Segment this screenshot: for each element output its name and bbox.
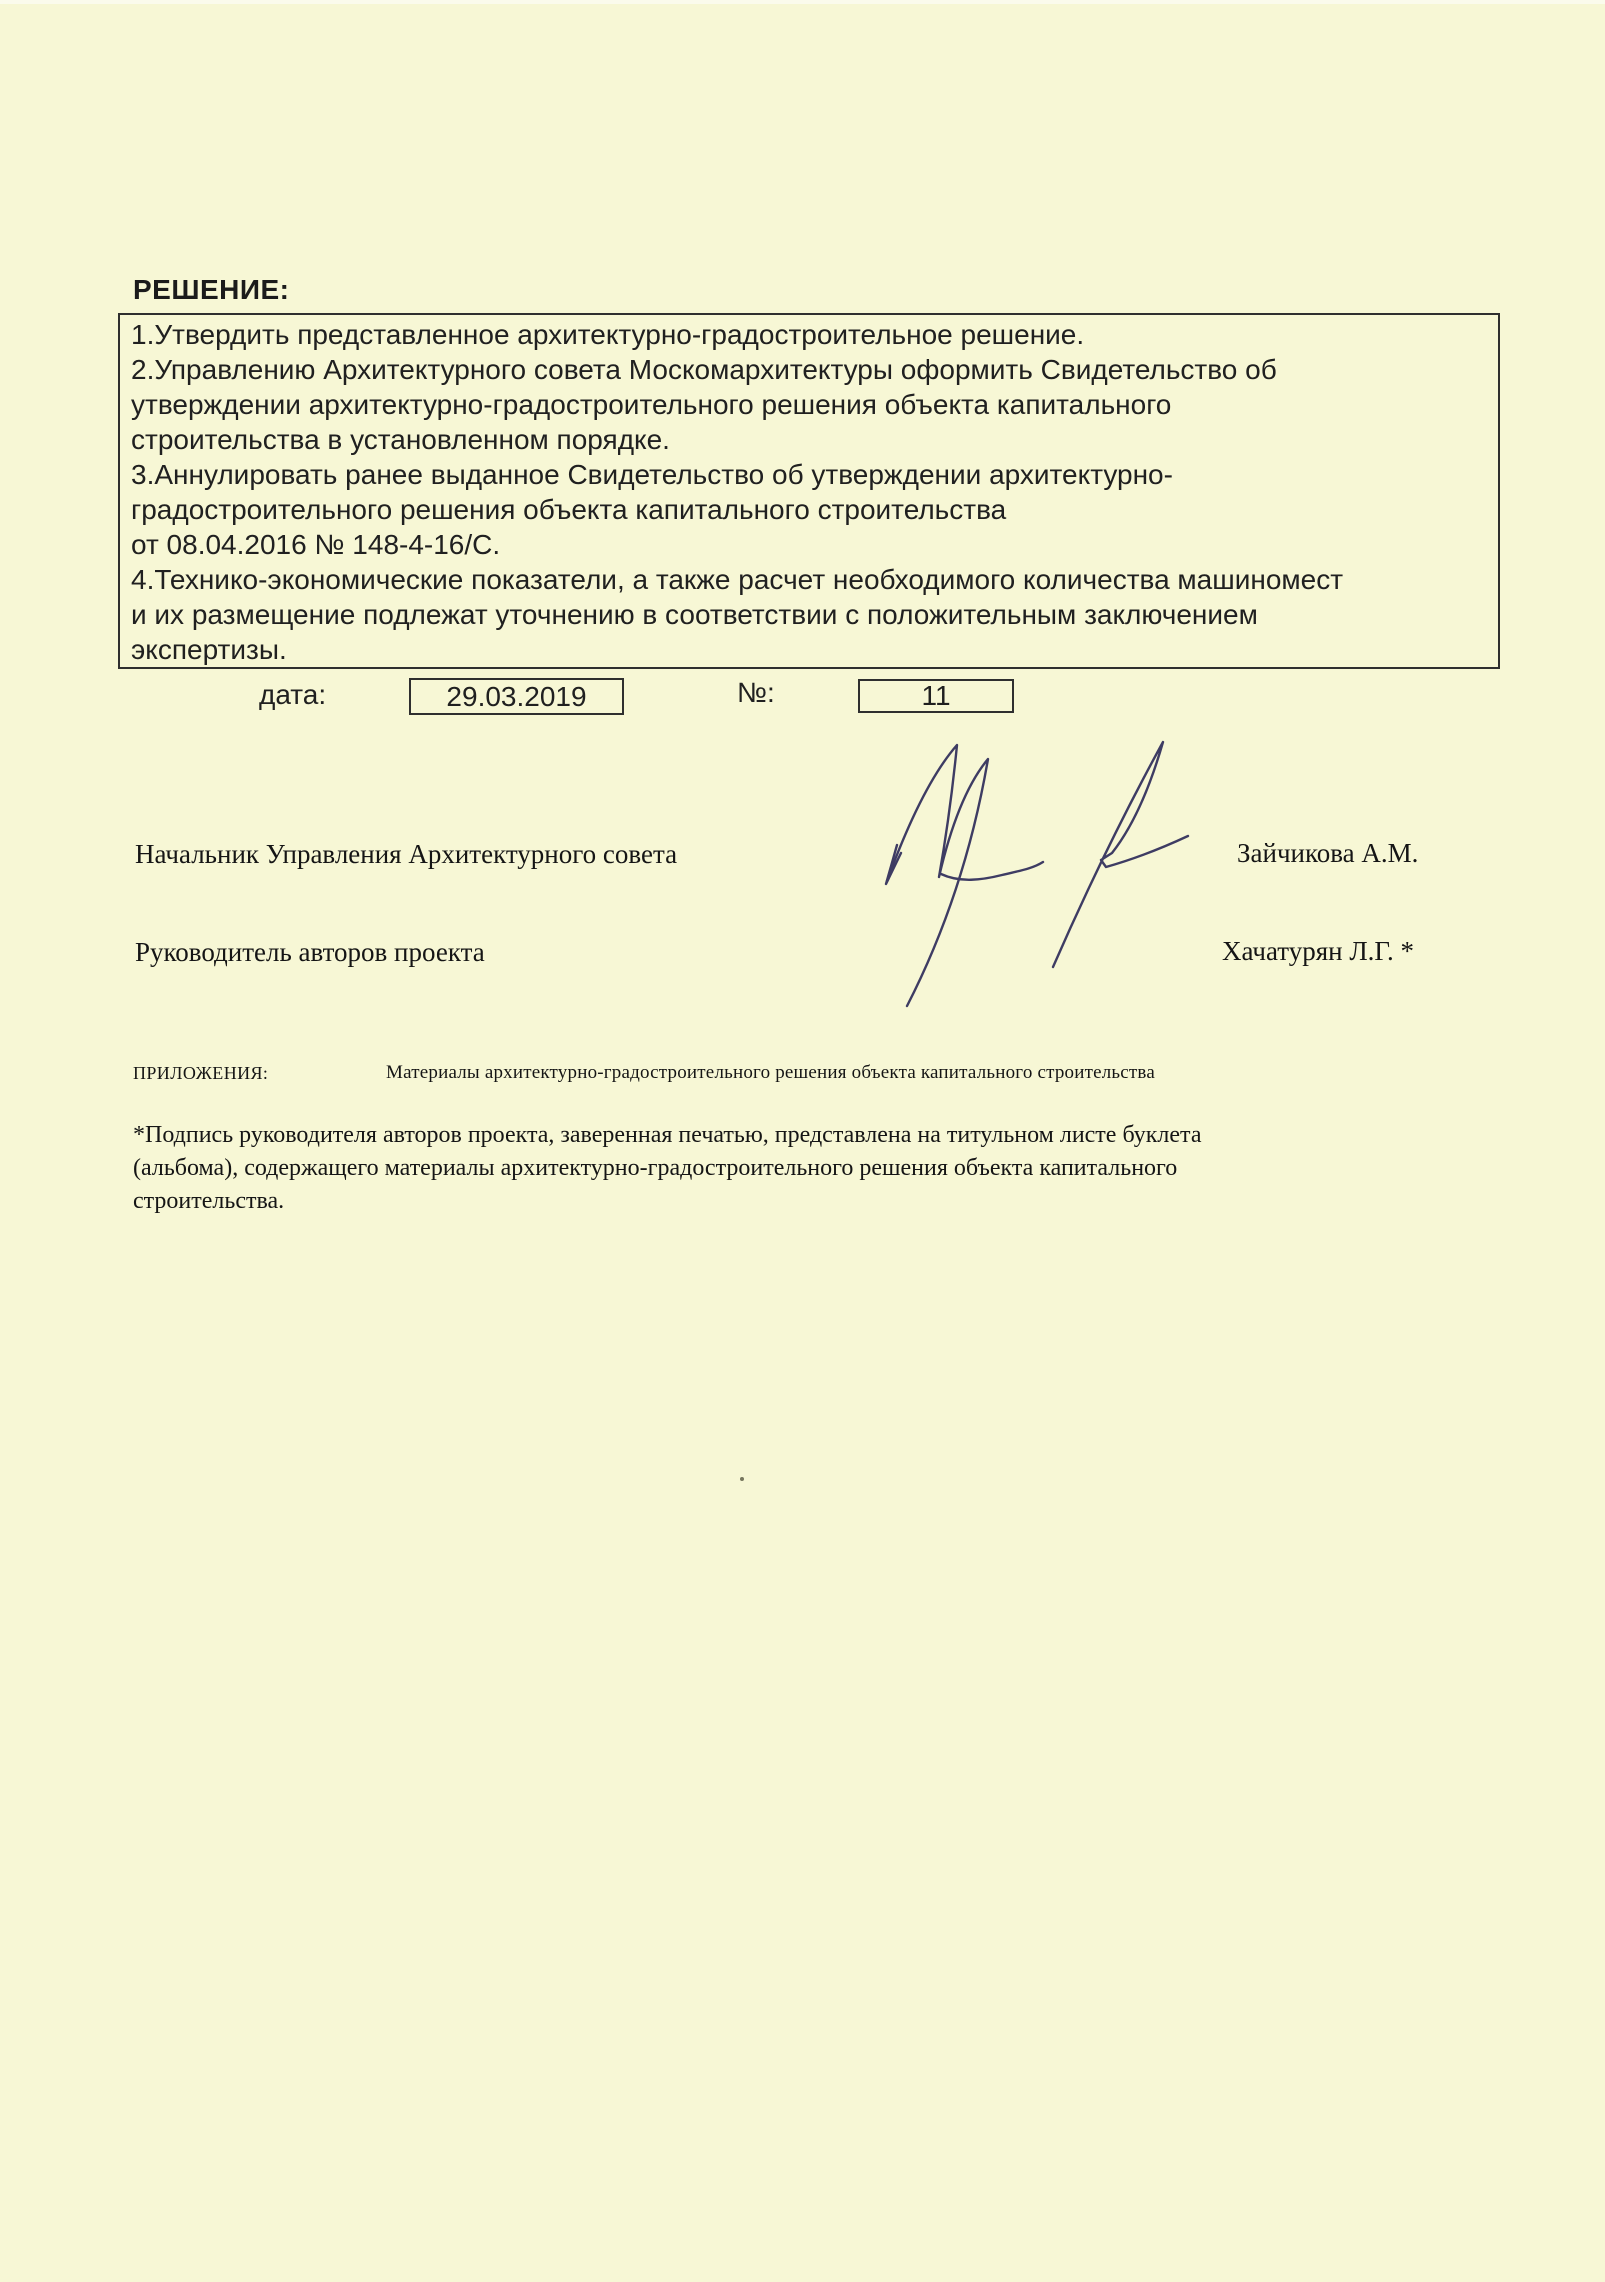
number-value: 11 bbox=[921, 680, 950, 712]
decision-line: 4.Технико-экономические показатели, а та… bbox=[131, 562, 1492, 597]
signatory-name-zaychikova: Зайчикова А.М. bbox=[1237, 838, 1418, 869]
scan-edge-strip bbox=[0, 0, 1605, 4]
decision-line: градостроительного решения объекта капит… bbox=[131, 492, 1492, 527]
number-label: №: bbox=[737, 677, 775, 709]
handwritten-signature bbox=[870, 723, 1200, 1013]
date-value: 29.03.2019 bbox=[446, 681, 586, 713]
signatory-title-project-lead: Руководитель авторов проекта bbox=[135, 937, 485, 968]
ink-speck bbox=[740, 1477, 744, 1481]
decision-line: строительства в установленном порядке. bbox=[131, 422, 1492, 457]
decision-line: экспертизы. bbox=[131, 632, 1492, 667]
scanned-document-page: РЕШЕНИЕ: 1.Утвердить представленное архи… bbox=[0, 0, 1605, 2282]
signature-right-spike-stroke bbox=[1053, 742, 1188, 967]
footnote-line: *Подпись руководителя авторов проекта, з… bbox=[133, 1119, 1201, 1152]
attachments-value: Материалы архитектурно-градостроительног… bbox=[386, 1062, 1155, 1084]
date-value-box: 29.03.2019 bbox=[409, 678, 624, 715]
date-label: дата: bbox=[259, 679, 326, 711]
number-value-box: 11 bbox=[858, 679, 1014, 713]
decision-heading: РЕШЕНИЕ: bbox=[133, 274, 290, 306]
footnote-line: (альбома), содержащего материалы архитек… bbox=[133, 1152, 1201, 1185]
footnote: *Подпись руководителя авторов проекта, з… bbox=[133, 1119, 1201, 1218]
decision-line: и их размещение подлежат уточнению в соо… bbox=[131, 597, 1492, 632]
attachments-label: ПРИЛОЖЕНИЯ: bbox=[133, 1063, 268, 1084]
decision-line: 2.Управлению Архитектурного совета Моско… bbox=[131, 352, 1492, 387]
decision-line: 3.Аннулировать ранее выданное Свидетельс… bbox=[131, 457, 1492, 492]
footnote-line: строительства. bbox=[133, 1185, 1201, 1218]
signature-connector-stroke bbox=[941, 862, 1043, 880]
signatory-title-head-of-council: Начальник Управления Архитектурного сове… bbox=[135, 839, 677, 870]
decision-line: 1.Утвердить представленное архитектурно-… bbox=[131, 317, 1492, 352]
decision-line: утверждении архитектурно-градостроительн… bbox=[131, 387, 1492, 422]
decision-line: от 08.04.2016 № 148-4-16/С. bbox=[131, 527, 1492, 562]
decision-text-box: 1.Утвердить представленное архитектурно-… bbox=[118, 313, 1500, 669]
signature-left-spikes-stroke bbox=[887, 745, 988, 1006]
signatory-name-khachaturyan: Хачатурян Л.Г. * bbox=[1222, 936, 1414, 967]
